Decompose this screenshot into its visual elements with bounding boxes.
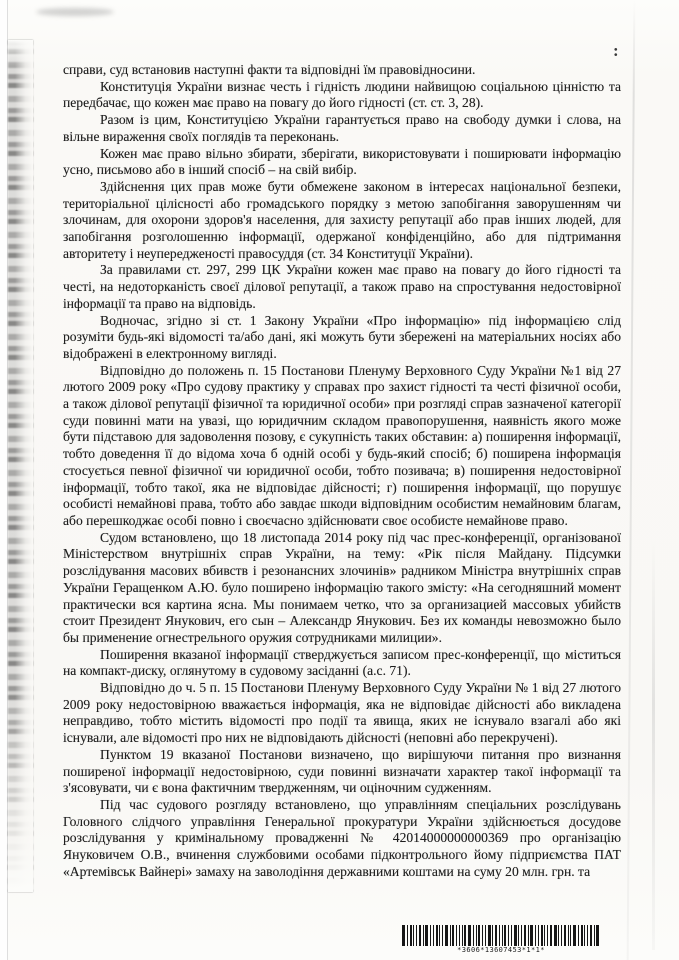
corner-colon-mark: : (613, 41, 619, 61)
binding-shadow-fade-vertical (8, 40, 33, 892)
paragraph: За правилами ст. 297, 299 ЦК України кож… (63, 262, 621, 312)
paragraph: Водночас, згідно зі ст. 1 Закону України… (63, 313, 621, 363)
paragraph: Конституція України визнає честь і гідні… (63, 79, 621, 112)
binding-shadow (8, 40, 33, 892)
paragraph: Кожен має право вільно збирати, зберігат… (63, 146, 621, 179)
barcode-bars-icon (402, 925, 600, 946)
scan-smudge (36, 8, 114, 16)
paragraph: Пунктом 19 вказаної Постанови визначено,… (63, 747, 621, 797)
barcode: *3606*13607453*1*1* (402, 925, 600, 954)
paragraph: Відповідно до положень п. 15 Постанови П… (63, 363, 621, 530)
document-text: справи, суд встановив наступні факти та … (63, 62, 621, 880)
barcode-text: *3606*13607453*1*1* (402, 946, 600, 954)
scan-line-artifact-bottom (652, 540, 655, 950)
scanner-edge-strip (0, 0, 8, 960)
paragraph: Відповідно до ч. 5 п. 15 Постанови Плену… (63, 680, 621, 747)
paragraph: справи, суд встановив наступні факти та … (63, 62, 621, 79)
paragraph: Під час судового розгляду встановлено, щ… (63, 797, 621, 881)
paragraph: Судом встановлено, що 18 листопада 2014 … (63, 530, 621, 647)
paragraph: Разом із цим, Конституцією України гаран… (63, 112, 621, 145)
scanned-page: : справи, суд встановив наступні факти т… (0, 0, 679, 960)
scan-line-artifact (627, 0, 636, 960)
paragraph: Поширення вказаної інформації стверджуєт… (63, 647, 621, 680)
paragraph: Здійснення цих прав може бути обмежене з… (63, 179, 621, 263)
